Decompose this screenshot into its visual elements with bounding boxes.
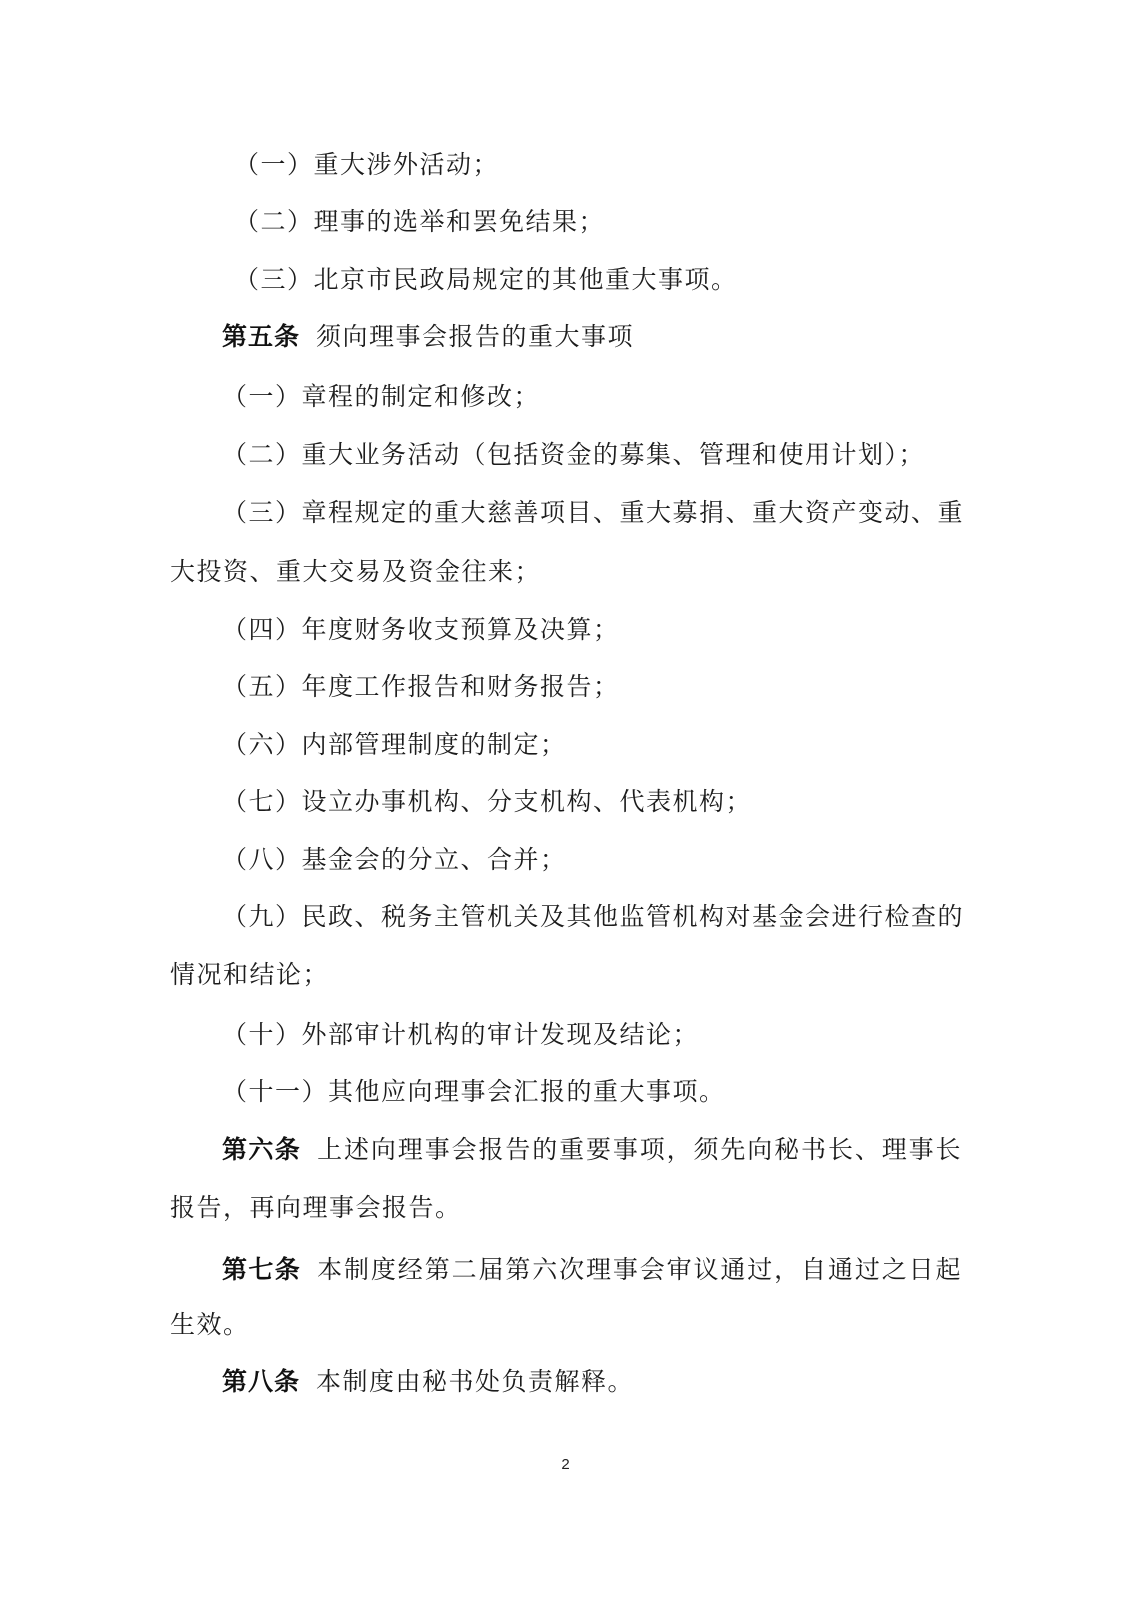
list-item: （二）重大业务活动（包括资金的募集、管理和使用计划）； xyxy=(222,435,962,475)
list-item-text: （三）章程规定的重大慈善项目、重大募捐、重大资产变动、重 xyxy=(222,498,964,527)
article-8: 第八条本制度由秘书处负责解释。 xyxy=(222,1362,962,1402)
list-item-text: （三）北京市民政局规定的其他重大事项。 xyxy=(234,265,738,294)
list-item-text: （二）重大业务活动（包括资金的募集、管理和使用计划）； xyxy=(222,440,925,469)
list-item: （一）重大涉外活动； xyxy=(234,145,962,185)
list-item-text: （一）重大涉外活动； xyxy=(234,150,499,179)
page-number: 2 xyxy=(0,1456,1131,1473)
article-text: 报告，再向理事会报告。 xyxy=(170,1193,462,1222)
article-text: 本制度由秘书处负责解释。 xyxy=(316,1367,634,1396)
list-item-text: （十一）其他应向理事会汇报的重大事项。 xyxy=(222,1077,726,1106)
article-5: 第五条须向理事会报告的重大事项 xyxy=(222,317,962,357)
list-item: （一）章程的制定和修改； xyxy=(222,377,962,417)
article-text: 生效。 xyxy=(170,1310,250,1339)
article-text: 本制度经第二届第六次理事会审议通过，自通过之日起 xyxy=(317,1255,962,1284)
article-text: 须向理事会报告的重大事项 xyxy=(316,322,634,351)
article-7: 第七条本制度经第二届第六次理事会审议通过，自通过之日起 xyxy=(222,1250,962,1290)
list-item: （九）民政、税务主管机关及其他监管机构对基金会进行检查的 xyxy=(222,897,962,937)
article-text: 上述向理事会报告的重要事项，须先向秘书长、理事长 xyxy=(317,1135,962,1164)
list-item: （五）年度工作报告和财务报告； xyxy=(222,667,962,707)
list-item-continuation: 大投资、重大交易及资金往来； xyxy=(170,552,962,592)
list-item-text: 情况和结论； xyxy=(170,960,329,989)
list-item: （六）内部管理制度的制定； xyxy=(222,725,962,765)
list-item: （八）基金会的分立、合并； xyxy=(222,840,962,880)
list-item-text: 大投资、重大交易及资金往来； xyxy=(170,557,541,586)
article-heading: 第五条 xyxy=(222,322,300,351)
list-item-text: （七）设立办事机构、分支机构、代表机构； xyxy=(222,787,752,816)
list-item-text: （九）民政、税务主管机关及其他监管机构对基金会进行检查的 xyxy=(222,902,964,931)
article-continuation: 生效。 xyxy=(170,1305,962,1345)
list-item: （十一）其他应向理事会汇报的重大事项。 xyxy=(222,1072,962,1112)
list-item: （二）理事的选举和罢免结果； xyxy=(234,202,962,242)
list-item-text: （十）外部审计机构的审计发现及结论； xyxy=(222,1020,699,1049)
list-item: （三）章程规定的重大慈善项目、重大募捐、重大资产变动、重 xyxy=(222,493,962,533)
list-item-text: （五）年度工作报告和财务报告； xyxy=(222,672,620,701)
article-heading: 第八条 xyxy=(222,1367,300,1396)
article-continuation: 报告，再向理事会报告。 xyxy=(170,1188,962,1228)
article-heading: 第七条 xyxy=(222,1255,301,1284)
document-page: （一）重大涉外活动； （二）理事的选举和罢免结果； （三）北京市民政局规定的其他… xyxy=(0,0,1131,1600)
list-item-text: （二）理事的选举和罢免结果； xyxy=(234,207,605,236)
list-item-text: （一）章程的制定和修改； xyxy=(222,382,540,411)
list-item-text: （六）内部管理制度的制定； xyxy=(222,730,567,759)
list-item-continuation: 情况和结论； xyxy=(170,955,962,995)
list-item-text: （八）基金会的分立、合并； xyxy=(222,845,567,874)
article-6: 第六条上述向理事会报告的重要事项，须先向秘书长、理事长 xyxy=(222,1130,962,1170)
list-item-text: （四）年度财务收支预算及决算； xyxy=(222,615,620,644)
list-item: （四）年度财务收支预算及决算； xyxy=(222,610,962,650)
article-heading: 第六条 xyxy=(222,1135,301,1164)
list-item: （七）设立办事机构、分支机构、代表机构； xyxy=(222,782,962,822)
list-item: （三）北京市民政局规定的其他重大事项。 xyxy=(234,260,962,300)
list-item: （十）外部审计机构的审计发现及结论； xyxy=(222,1015,962,1055)
